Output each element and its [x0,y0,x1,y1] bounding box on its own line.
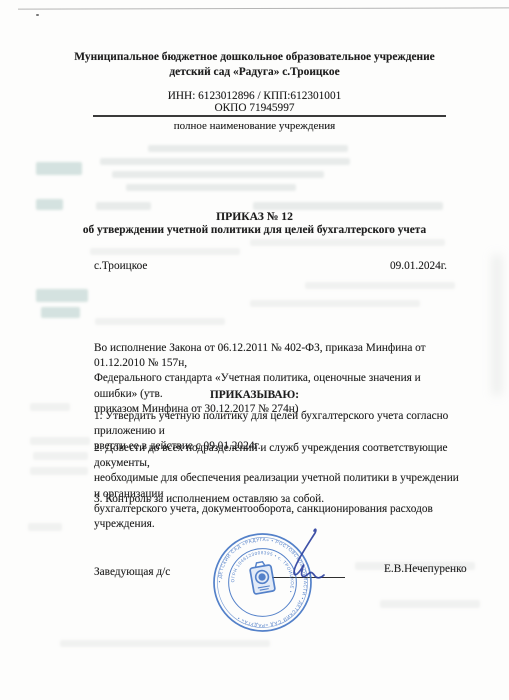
bleed-through-mark [250,239,445,246]
bleed-through-mark [30,437,90,445]
bleed-through-mark [90,248,240,255]
order-preamble: Во исполнение Закона от 06.12.2011 № 402… [94,341,466,417]
order-item-3: 3. Контроль за исполнением оставляю за с… [94,492,466,507]
order-item-2: 2. Довести до всех подразделений и служб… [94,441,466,532]
bleed-through-mark [28,523,62,531]
bleed-through-mark [36,162,82,175]
bleed-through-mark [305,282,455,289]
org-name: Муниципальное бюджетное дошкольное образ… [0,50,509,79]
bleed-through-mark [100,158,350,165]
okpo-line: ОКПО 71945997 [0,101,509,116]
order-subtitle: об утверждении учетной политики для целе… [0,223,509,238]
bleed-through-mark [148,145,348,152]
bleed-through-mark [30,403,70,411]
order-title: ПРИКАЗ № 12 [0,209,509,224]
bleed-through-mark [30,467,88,475]
bleed-through-mark [250,300,420,307]
order-date: 09.01.2024г. [390,259,447,274]
bleed-through-mark [33,452,88,460]
bleed-through-mark [126,184,296,191]
bleed-through-mark [41,307,80,318]
bleed-through-mark [60,640,270,647]
scanned-document-page: Муниципальное бюджетное дошкольное образ… [0,0,509,700]
signer-position: Заведующая д/с [94,565,170,580]
bleed-through-mark [112,171,324,178]
signature-ink [266,527,350,589]
bleed-through-mark [380,600,480,608]
bleed-through-mark [36,289,88,302]
signer-name: Е.В.Нечепуренко [384,562,467,577]
resolution-heading: ПРИКАЗЫВАЮ: [0,388,509,403]
order-place: с.Троицкое [94,259,147,274]
bleed-through-mark [95,318,225,325]
scan-speck-artifact [36,14,39,16]
scan-edge-artifact [18,7,509,9]
scan-shadow-artifact [493,255,501,395]
header-divider-line [93,115,446,117]
header-caption: полное наименование учреждения [0,119,509,134]
